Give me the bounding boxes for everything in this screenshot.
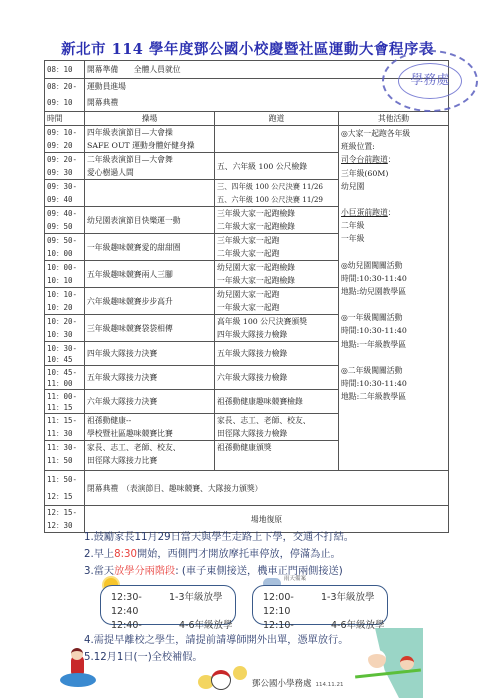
time-end: 10：45	[47, 354, 82, 365]
track-cell: 三、四年級 100 公尺決賽 11/26五、六年級 100 公尺決賽 11/29	[215, 180, 339, 207]
runner-kid-illustration	[368, 650, 386, 668]
other-line: 幼兒園	[341, 180, 446, 193]
runner-kid-illustration	[400, 656, 414, 670]
other-line: 小巨蛋前跑道：	[341, 206, 446, 219]
time-cell: 10：30-10：45	[45, 342, 85, 366]
time-end: 11：15	[47, 402, 82, 413]
cheerleader-illustration	[211, 670, 231, 690]
field-text: 學校暨社區趣味競賽比賽	[87, 427, 212, 440]
time-end: 11：50	[47, 454, 82, 467]
time-cell: 09：20-09：30	[45, 153, 85, 180]
time-start: 11：00-	[47, 391, 82, 402]
other-line: 地點:二年級教學區	[341, 390, 446, 403]
rainy-dismissal-box: 12:00-12:101-3年級放學 12:10-4-6年級放學	[252, 585, 388, 625]
time-end: 10：20	[47, 301, 82, 314]
time-cell: 12：15-12：30	[45, 506, 85, 533]
time-end: 10：10	[47, 274, 82, 287]
time-start: 11：30-	[47, 441, 82, 454]
office-name: 鄧公國小學務處	[252, 679, 312, 689]
track-text: 四年級大隊接力檢錄	[217, 328, 336, 341]
time-cell: 09：30-09：40	[45, 180, 85, 207]
time-start: 09：30-	[47, 180, 82, 193]
time-end: 10：00	[47, 247, 82, 260]
location-label: 小巨蛋前跑道	[341, 208, 388, 217]
time-start: 10：20-	[47, 315, 82, 328]
spacer	[341, 298, 446, 311]
track-text: 高年級 100 公尺決賽頒獎	[217, 315, 336, 328]
note-4: 4.需提早離校之學生，請提前請導師開外出單，憑單放行。	[84, 631, 348, 646]
header-other: 其他活動	[339, 112, 449, 126]
field-cell: 五年級大隊接力決賽	[85, 366, 215, 390]
track-cell: 幼兒園大家一起跑一年級大家一起跑	[215, 288, 339, 315]
table-header-row: 時間 操場 跑道 其他活動	[45, 112, 449, 126]
other-line: 三年級(60M)	[341, 167, 446, 180]
other-line: ◎一年級闖關活動	[341, 311, 446, 324]
dismissal-row: 12:30-12:401-3年級放學	[111, 591, 235, 619]
other-line: ◎幼兒園闖關活動	[341, 259, 446, 272]
time-end: 09：30	[47, 166, 82, 179]
track-text: 幼兒園大家一起跑檢錄	[217, 261, 336, 274]
spacer	[341, 246, 446, 259]
other-line: 二年級	[341, 219, 446, 232]
time-end: 11：00	[47, 378, 82, 389]
field-cell: 六年級趣味競賽步步高升	[85, 288, 215, 315]
issue-date: 114.11.21	[316, 682, 344, 688]
other-line: 地點:幼兒園教學區	[341, 285, 446, 298]
field-cell: 幼兒園表演節目快樂運一動	[85, 207, 215, 234]
track-text: 三年級大家一起跑	[217, 234, 336, 247]
field-cell: 一年級趣味競賽愛的甜甜圈	[85, 234, 215, 261]
other-line: 司令台前跑道：	[341, 153, 446, 166]
footer-signature: 鄧公國小學務處114.11.21	[252, 677, 344, 689]
field-text: 四年級表演節目—大會操	[87, 126, 212, 139]
track-text: 家長、志工、老師、校友、	[217, 414, 336, 427]
other-line: 一年級	[341, 232, 446, 245]
time-cell: 11：15-11：30	[45, 414, 85, 441]
track-cell	[215, 126, 339, 153]
track-text: 三、四年級 100 公尺決賽 11/26	[217, 180, 336, 193]
other-line: ◎大家一起跑各年級	[341, 127, 446, 140]
time-end: 09：20	[47, 139, 82, 152]
other-line: 班級位置:	[341, 140, 446, 153]
dismissal-time: 12:00-12:10	[263, 591, 321, 619]
field-text: 愛心樹過人間	[87, 166, 212, 179]
other-line: 地點:一年級教學區	[341, 338, 446, 351]
time-cell: 11：30-11：50	[45, 441, 85, 471]
track-cell: 五年級大隊接力檢錄	[215, 342, 339, 366]
table-row: 09：10-09：20 四年級表演節目—大會操SAFE OUT 運動身體好健身操…	[45, 126, 449, 153]
field-text: 二年級表演節目—大會舞	[87, 153, 212, 166]
other-line: 時間:10:30-11:40	[341, 272, 446, 285]
time-cell: 10：20-10：30	[45, 315, 85, 342]
track-text: 一年級大家一起跑	[217, 301, 336, 314]
track-text: 二年級大家一起跑檢錄	[217, 220, 336, 233]
field-cell: 四年級大隊接力決賽	[85, 342, 215, 366]
track-text: 幼兒園大家一起跑	[217, 288, 336, 301]
time-cell: 09：40-09：50	[45, 207, 85, 234]
time-end: 09：40	[47, 193, 82, 206]
header-track: 跑道	[215, 112, 339, 126]
note-1: 1.鼓勵家長11月29日當天與學生走路上下學，交通不打結。	[84, 528, 354, 543]
time-cell: 09：10-09：20	[45, 126, 85, 153]
spacer	[341, 351, 446, 364]
time-start: 09：10-	[47, 126, 82, 139]
time-end: 09：50	[47, 220, 82, 233]
track-cell: 三年級大家一起跑二年級大家一起跑	[215, 234, 339, 261]
other-activities-cell: ◎大家一起跑各年級 班級位置: 司令台前跑道： 三年級(60M) 幼兒園 小巨蛋…	[339, 126, 449, 471]
time-end: 12：15	[47, 488, 82, 505]
stamp-center-text: 學務處	[398, 63, 462, 99]
time-end: 12：30	[47, 519, 82, 532]
field-cell: 六年級大隊接力決賽	[85, 390, 215, 414]
time-start: 09：20-	[47, 153, 82, 166]
spacer	[341, 193, 446, 206]
field-text: 祖孫動健康--	[87, 414, 212, 427]
time-cell: 08：20- 09：10	[45, 79, 85, 112]
time-cell: 11：00-11：15	[45, 390, 85, 414]
field-cell: 祖孫動健康--學校暨社區趣味競賽比賽	[85, 414, 215, 441]
note-text: : (車子東側接送，機車正門兩側接送)	[175, 566, 342, 577]
time-end: 09：10	[47, 95, 82, 111]
location-label: 司令台前跑道	[341, 155, 388, 164]
dismissal-grade: 1-3年級放學	[321, 591, 375, 619]
pompom-icon	[233, 666, 247, 680]
rain-plan-label: 雨天備案	[284, 574, 306, 582]
time-cell: 08：10	[45, 61, 85, 79]
field-text: 家長、志工、老師、校友、	[87, 441, 212, 454]
time-cell: 09：50-10：00	[45, 234, 85, 261]
field-text: SAFE OUT 運動身體好健身操	[87, 139, 212, 152]
track-text: 二年級大家一起跑	[217, 247, 336, 260]
track-text: 一年級大家一起跑檢錄	[217, 274, 336, 287]
note-2: 2.早上8:30開始，西側門才開放摩托車停放，停滿為止。	[84, 545, 341, 560]
track-cell: 家長、志工、老師、校友、田徑隊大隊接力檢錄	[215, 414, 339, 441]
field-cell: 五年級趣味競賽兩人三腳	[85, 261, 215, 288]
field-cell: 四年級表演節目—大會操SAFE OUT 運動身體好健身操	[85, 126, 215, 153]
schedule-table: 08：10 開幕準備 全體人員就位 08：20- 09：10 運動員進場 開幕典…	[44, 60, 449, 533]
note-text: 2.早上	[84, 549, 114, 560]
sunny-dismissal-box: 12:30-12:401-3年級放學 12:40-4-6年級放學	[100, 585, 236, 625]
track-cell: 五、六年級 100 公尺檢錄	[215, 153, 339, 180]
colon: ：	[388, 155, 396, 164]
note-text: 3.當天	[84, 566, 114, 577]
time-start: 08：20-	[47, 79, 82, 95]
time-start: 10：45-	[47, 367, 82, 378]
time-start: 09：40-	[47, 207, 82, 220]
time-cell: 10：45-11：00	[45, 366, 85, 390]
track-text: 田徑隊大隊接力檢錄	[217, 427, 336, 440]
time-start: 11：50-	[47, 471, 82, 488]
track-cell: 祖孫動健康趣味競賽檢錄	[215, 390, 339, 414]
header-time: 時間	[45, 112, 85, 126]
time-start: 10：10-	[47, 288, 82, 301]
closing-ceremony-cell: 閉幕典禮 （表演節目、趣味競賽、大隊接力頒獎）	[85, 471, 449, 506]
table-row-closing: 11：50-12：15 閉幕典禮 （表演節目、趣味競賽、大隊接力頒獎）	[45, 471, 449, 506]
time-cell: 10：00-10：10	[45, 261, 85, 288]
field-cell: 二年級表演節目—大會舞愛心樹過人間	[85, 153, 215, 180]
time-start: 12：15-	[47, 506, 82, 519]
note-highlight: 放學分兩階段	[114, 566, 175, 577]
colon: ：	[388, 208, 396, 217]
time-cell: 11：50-12：15	[45, 471, 85, 506]
note-text: 開始，西側門才開放摩托車停放，停滿為止。	[137, 549, 341, 560]
other-line: ◎二年級闖關活動	[341, 364, 446, 377]
time-start: 10：30-	[47, 343, 82, 354]
field-cell: 家長、志工、老師、校友、田徑隊大隊接力比賽	[85, 441, 215, 471]
time-end: 10：30	[47, 328, 82, 341]
swimmer-head	[71, 648, 83, 660]
track-cell: 祖孫動健康頒獎	[215, 441, 339, 471]
track-cell: 三年級大家一起跑檢錄二年級大家一起跑檢錄	[215, 207, 339, 234]
time-end: 11：30	[47, 427, 82, 440]
other-line: 時間:10:30-11:40	[341, 324, 446, 337]
school-stamp: 學務處	[382, 50, 478, 112]
other-line: 時間:10:30-11:40	[341, 377, 446, 390]
track-text: 五、六年級 100 公尺決賽 11/29	[217, 193, 336, 206]
time-start: 10：00-	[47, 261, 82, 274]
field-cell: 三年級趣味競賽袋袋相傳	[85, 315, 215, 342]
dismissal-grade: 1-3年級放學	[169, 591, 223, 619]
time-start: 09：50-	[47, 234, 82, 247]
note-highlight: 8:30	[114, 549, 137, 560]
time-start: 11：15-	[47, 414, 82, 427]
dismissal-row: 12:00-12:101-3年級放學	[263, 591, 387, 619]
track-cell: 幼兒園大家一起跑檢錄一年級大家一起跑檢錄	[215, 261, 339, 288]
track-cell: 六年級大隊接力檢錄	[215, 366, 339, 390]
swim-ring-illustration	[60, 673, 96, 687]
note-5: 5.12月1日(一)全校補假。	[84, 648, 203, 663]
field-text: 田徑隊大隊接力比賽	[87, 454, 212, 467]
time-cell: 10：10-10：20	[45, 288, 85, 315]
track-cell: 高年級 100 公尺決賽頒獎四年級大隊接力檢錄	[215, 315, 339, 342]
field-cell	[85, 180, 215, 207]
track-text: 三年級大家一起跑檢錄	[217, 207, 336, 220]
dismissal-time: 12:30-12:40	[111, 591, 169, 619]
header-field: 操場	[85, 112, 215, 126]
